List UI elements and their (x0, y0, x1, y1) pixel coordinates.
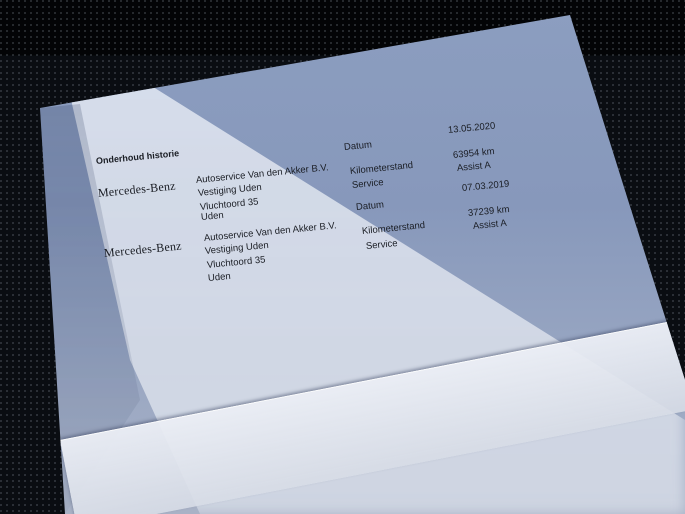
entry-2-date-label: Datum (355, 199, 384, 213)
entry-1-date-label: Datum (343, 139, 372, 153)
entry-1-date: 13.05.2020 (447, 120, 495, 136)
entry-2-date: 07.03.2019 (461, 178, 509, 194)
entry-1-brand: Mercedes-Benz (97, 179, 176, 201)
entry-1-service: Assist A (456, 160, 491, 174)
document-title: Onderhoud historie (96, 148, 180, 166)
entry-1-city: Uden (200, 210, 224, 223)
entry-2-dealer: Autoservice Van den Akker B.V. (203, 220, 337, 244)
entry-1-dealer: Autoservice Van den Akker B.V. (195, 162, 329, 186)
maintenance-document: Onderhoud historie Mercedes-Benz Autoser… (0, 0, 685, 514)
entry-2-mileage: 37239 km (467, 204, 510, 219)
photo-scene: Onderhoud historie Mercedes-Benz Autoser… (0, 0, 685, 514)
entry-2-brand: Mercedes-Benz (103, 239, 182, 261)
entry-2-street: Vluchtoord 35 (206, 254, 265, 271)
entry-2-service: Assist A (472, 218, 507, 232)
entry-2-mileage-label: Kilometerstand (361, 220, 425, 237)
entry-1-service-label: Service (351, 177, 384, 191)
entry-2-city: Uden (207, 271, 231, 284)
entry-2-service-label: Service (365, 238, 398, 252)
entry-1-mileage-label: Kilometerstand (349, 160, 413, 177)
entry-1-mileage: 63954 km (452, 146, 495, 161)
